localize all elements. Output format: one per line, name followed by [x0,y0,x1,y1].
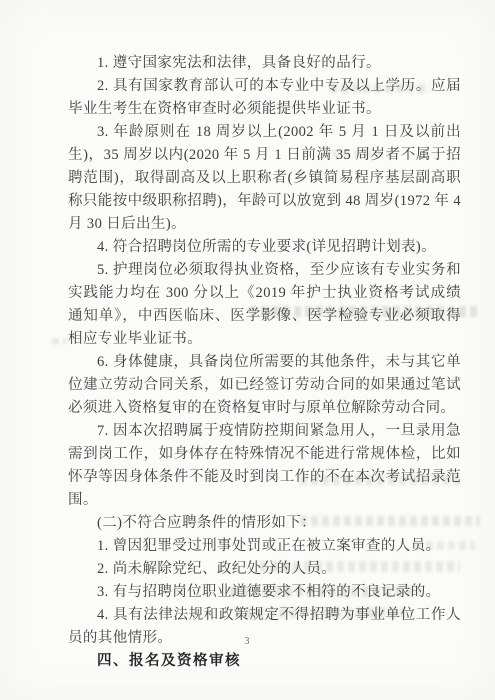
section-heading: 四、报名及资格审核 [68,650,461,673]
body-paragraph: 2. 具有国家教育部认可的本专业中专及以上学历。应届毕业生考生在资格审查时必须能… [68,75,461,121]
body-paragraph-subsection-label: (二)不符合应聘条件的情形如下： [68,512,461,535]
page-number: 3 [0,636,495,647]
body-paragraph: 3. 年龄原则在 18 周岁以上(2002 年 5 月 1 日及以前出生)，35… [68,121,461,236]
body-paragraph: 3. 有与招聘岗位职业道德要求不相符的不良记录的。 [68,581,461,604]
bleed-through-artifact [52,338,66,344]
body-paragraph: 1. 曾因犯罪受过刑事处罚或正在被立案审查的人员。 [68,535,461,558]
body-paragraph: 4. 符合招聘岗位所需的专业要求(详见招聘计划表)。 [68,236,461,259]
body-paragraph: 6. 身体健康，具备岗位所需要的其他条件，未与其它单位建立劳动合同关系，如已经签… [68,351,461,420]
body-paragraph: 2. 尚未解除党纪、政纪处分的人员。 [68,558,461,581]
body-paragraph: 1. 遵守国家宪法和法律，具备良好的品行。 [68,52,461,75]
document-page: 1. 遵守国家宪法和法律，具备良好的品行。 2. 具有国家教育部认可的本专业中专… [0,0,495,700]
body-paragraph: 5. 护理岗位必须取得执业资格，至少应该有专业实务和实践能力均在 300 分以上… [68,259,461,351]
body-paragraph: 7. 因本次招聘属于疫情防控期间紧急用人，一旦录用急需到岗工作，如身体存在特殊情… [68,420,461,512]
document-body: 1. 遵守国家宪法和法律，具备良好的品行。 2. 具有国家教育部认可的本专业中专… [68,52,461,673]
